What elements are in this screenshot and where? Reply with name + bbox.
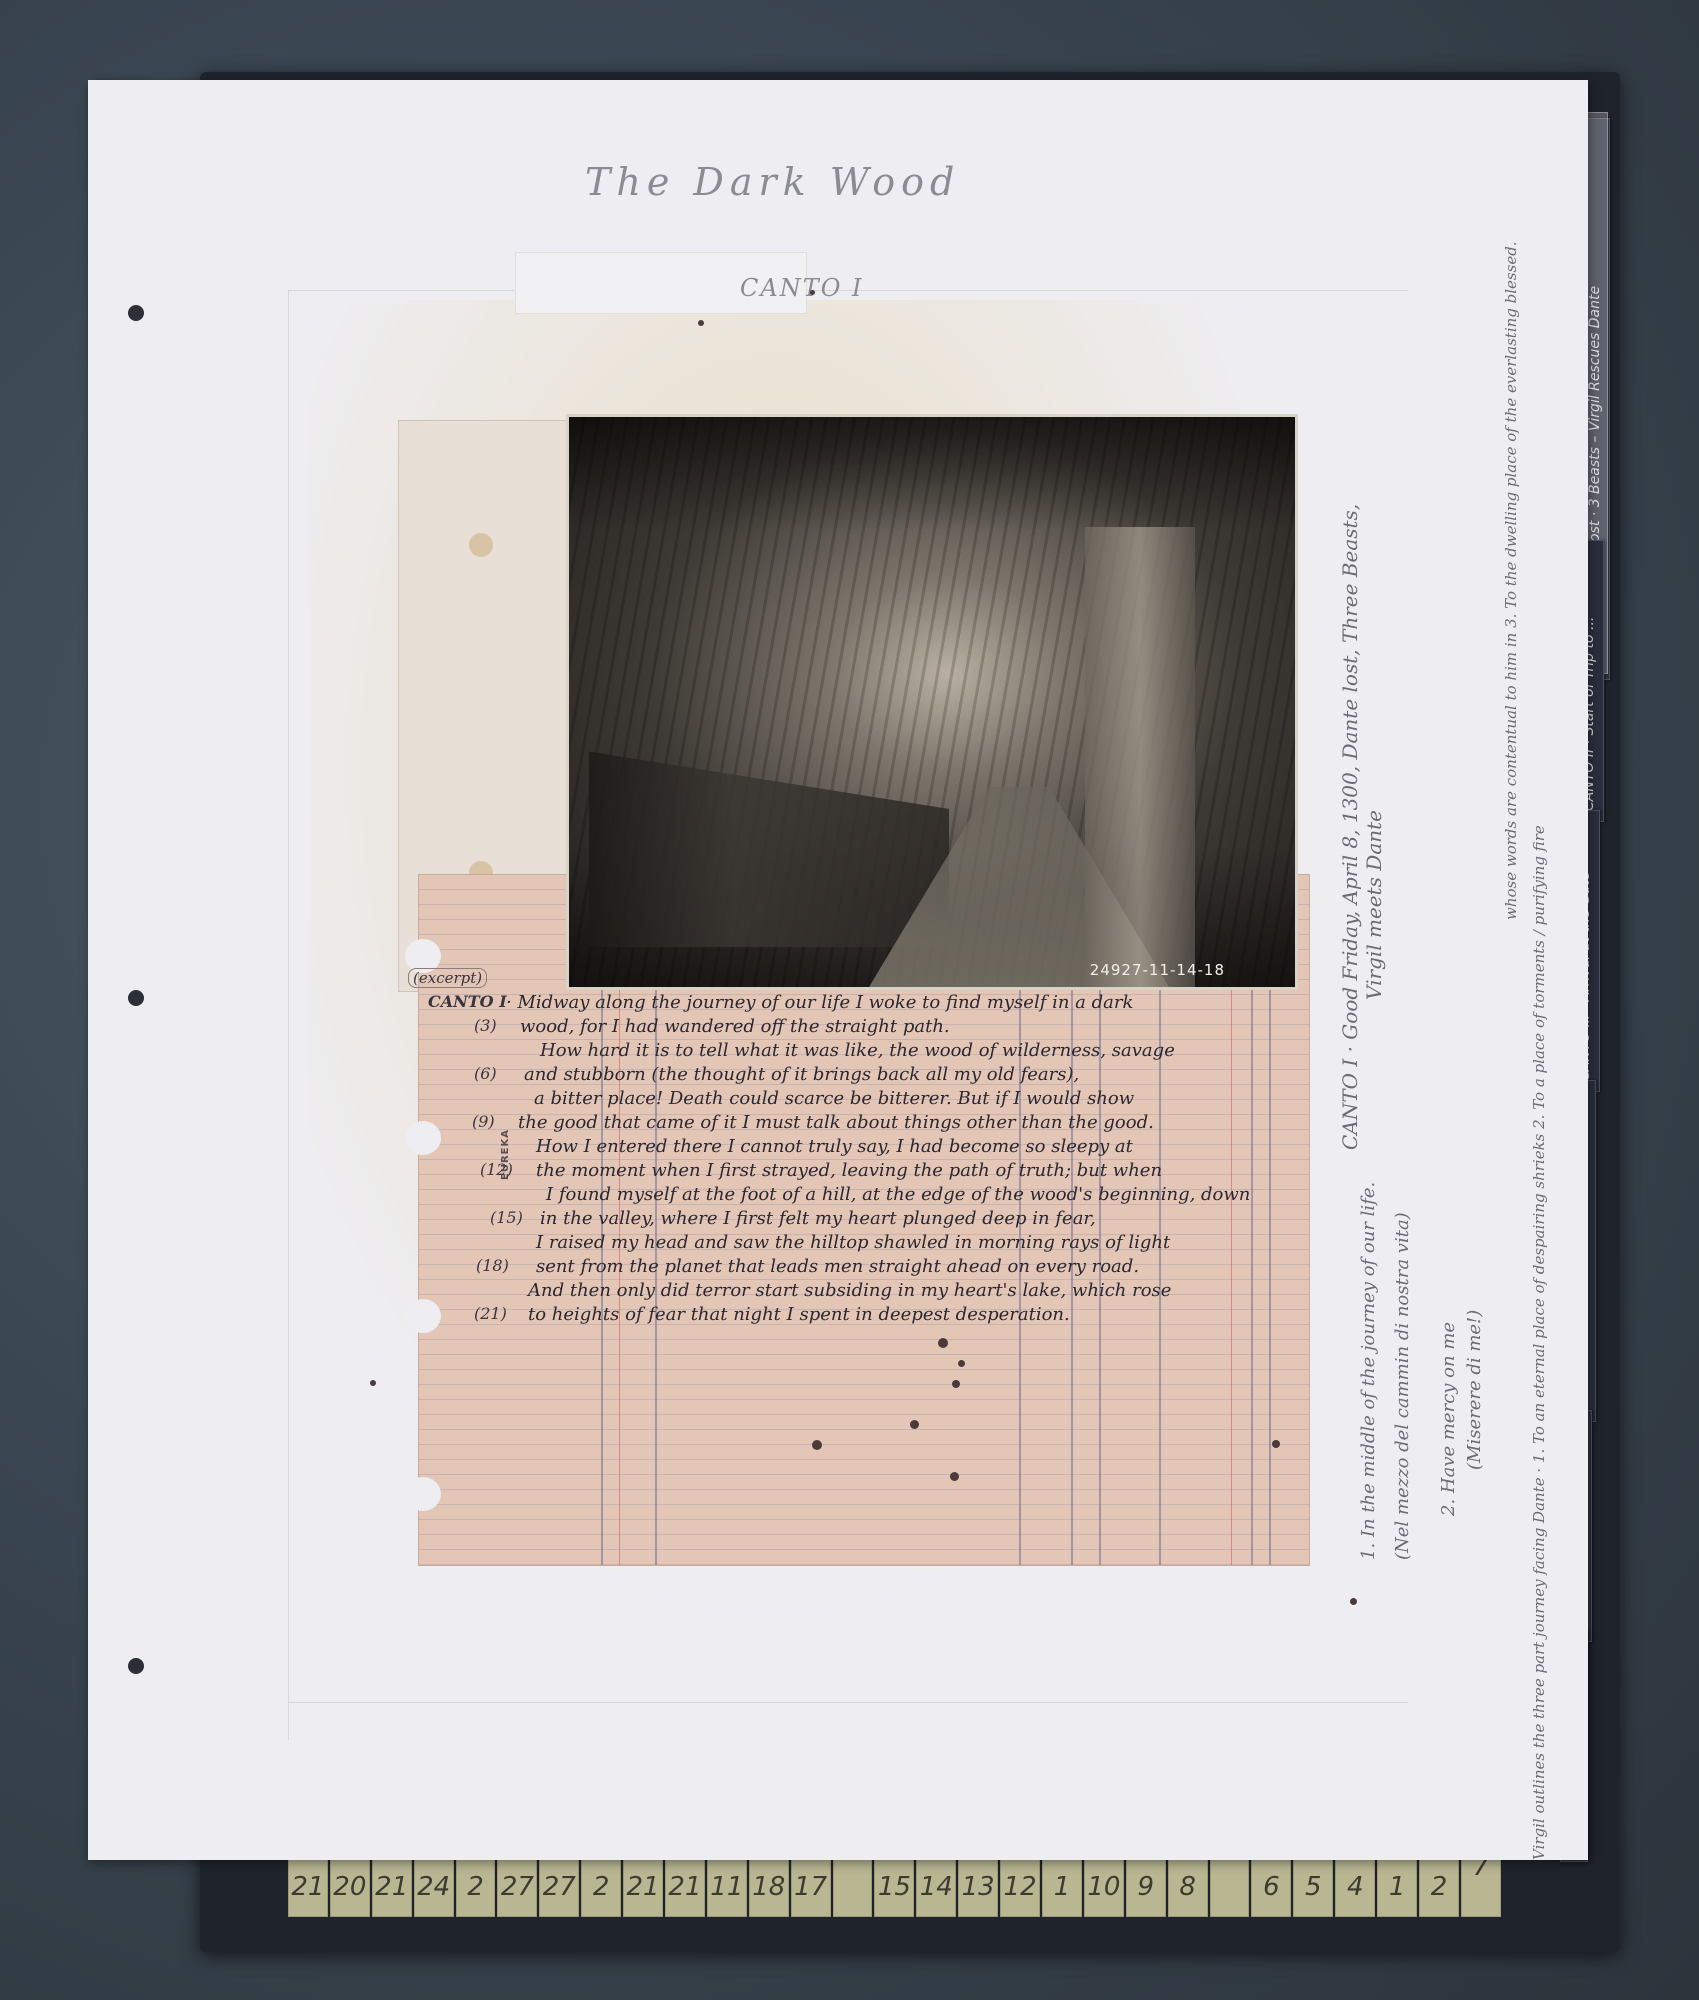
line-number: (12) [480, 1160, 513, 1179]
index-tab[interactable]: 18 [749, 1858, 789, 1917]
index-tab[interactable]: 5 [1293, 1858, 1333, 1917]
index-tab[interactable]: 17 [791, 1858, 831, 1917]
footnote-1-italian: (Nel mezzo del cammin di nostra vita) [1392, 1212, 1413, 1560]
index-tab[interactable]: 12 [1000, 1858, 1040, 1917]
excerpt-label: (excerpt) [408, 968, 487, 988]
line-number: (6) [474, 1064, 497, 1083]
excerpt-line: sent from the planet that leads men stra… [536, 1256, 1139, 1277]
index-tab[interactable]: 1 [1042, 1858, 1082, 1917]
page-title: The Dark Wood [585, 160, 960, 204]
excerpt-line: the good that came of it I must talk abo… [518, 1112, 1154, 1133]
canto-label: CANTO I [740, 274, 864, 302]
excerpt-line: I found myself at the foot of a hill, at… [546, 1184, 1250, 1205]
index-tab[interactable]: 21 [288, 1858, 328, 1917]
index-tab[interactable]: 11 [707, 1858, 747, 1917]
excerpt-line: in the valley, where I first felt my hea… [540, 1208, 1096, 1229]
long-note-1: whose words are contentual to him in 3. … [1502, 241, 1520, 920]
excerpt-line: And then only did terror start subsiding… [528, 1280, 1171, 1301]
ink-spot [910, 1420, 919, 1429]
ledger-hole [405, 1121, 441, 1155]
footnote-1-english: 1. In the middle of the journey of our l… [1358, 1182, 1379, 1560]
ink-spot [1272, 1440, 1280, 1448]
line-number: (15) [490, 1208, 523, 1227]
index-tab[interactable]: 21 [623, 1858, 663, 1917]
index-tab[interactable]: 15 [874, 1858, 914, 1917]
ledger-rule [1159, 985, 1161, 1565]
guide-line [288, 290, 289, 1740]
excerpt-line: wood, for I had wandered off the straigh… [520, 1016, 950, 1037]
index-tab[interactable]: 2 [581, 1858, 621, 1917]
ledger-rule [1231, 985, 1232, 1565]
ink-spot [952, 1380, 960, 1388]
line-number: (21) [474, 1304, 507, 1323]
index-tab[interactable]: 27 [539, 1858, 579, 1917]
index-tab[interactable]: 6 [1251, 1858, 1291, 1917]
footnote-2-latin: (Miserere di me!) [1464, 1310, 1485, 1470]
index-tab[interactable]: 4 [1335, 1858, 1375, 1917]
binder-hole [128, 305, 144, 321]
index-tab[interactable] [833, 1858, 873, 1917]
excerpt-line: and stubborn (the thought of it brings b… [524, 1064, 1079, 1085]
index-tab[interactable]: 24 [414, 1858, 454, 1917]
photo-machinery [589, 717, 949, 947]
excerpt-line: a bitter place! Death could scarce be bi… [534, 1088, 1134, 1109]
ledger-hole [405, 1477, 441, 1511]
index-tab[interactable]: 2 [1419, 1858, 1459, 1917]
line-number: (9) [472, 1112, 495, 1131]
mount-hole [469, 533, 493, 557]
ink-spot [958, 1360, 965, 1367]
guide-line [288, 1702, 1408, 1703]
photo-caption: 24927-11-14-18 [1090, 961, 1225, 979]
ink-spot [1350, 1598, 1357, 1605]
index-tab[interactable]: 13 [958, 1858, 998, 1917]
index-tab[interactable]: 10 [1084, 1858, 1124, 1917]
index-tab[interactable]: 21 [372, 1858, 412, 1917]
index-tab[interactable]: 14 [916, 1858, 956, 1917]
index-tab[interactable]: 27 [497, 1858, 537, 1917]
ledger-rule [1269, 985, 1271, 1565]
binder-hole [128, 1658, 144, 1674]
ink-spot [950, 1472, 959, 1481]
line-number: (18) [476, 1256, 509, 1275]
excerpt-line: How I entered there I cannot truly say, … [536, 1136, 1133, 1157]
factory-photograph: 24927-11-14-18 [566, 414, 1298, 990]
canto-summary-note: CANTO I · Good Friday, April 8, 1300, Da… [1338, 504, 1362, 1150]
ink-spot [938, 1338, 948, 1348]
line-number: (3) [474, 1016, 497, 1035]
ledger-hole [405, 1299, 441, 1333]
index-tab[interactable]: 9 [1126, 1858, 1166, 1917]
ink-spot [812, 1440, 822, 1450]
bottom-index-tabs: 21 20 21 24 2 27 27 2 21 21 11 18 17 15 … [288, 1858, 1503, 1926]
excerpt-line: I raised my head and saw the hilltop sha… [536, 1232, 1170, 1253]
canto-summary-note-2: Virgil meets Dante [1362, 810, 1386, 1000]
index-tab[interactable]: 1 [1377, 1858, 1417, 1917]
excerpt-line: to heights of fear that night I spent in… [528, 1304, 1070, 1325]
ink-spot [370, 1380, 376, 1386]
binder-hole [128, 990, 144, 1006]
excerpt-line: How hard it is to tell what it was like,… [540, 1040, 1175, 1061]
photo-column [1085, 527, 1195, 987]
index-tab[interactable]: 2 [456, 1858, 496, 1917]
ink-spot [810, 290, 815, 295]
line-number: CANTO I [428, 992, 507, 1011]
footnote-2-english: 2. Have mercy on me [1438, 1322, 1459, 1516]
index-tab[interactable]: 21 [665, 1858, 705, 1917]
index-tab[interactable] [1210, 1858, 1250, 1917]
index-tab[interactable]: 20 [330, 1858, 370, 1917]
ink-spot [698, 320, 704, 326]
index-tab[interactable]: 8 [1168, 1858, 1208, 1917]
ledger-rule [1251, 985, 1253, 1565]
excerpt-line: the moment when I first strayed, leaving… [536, 1160, 1162, 1181]
long-note-2: Virgil outlines the three part journey f… [1530, 825, 1548, 1860]
excerpt-line: · Midway along the journey of our life I… [506, 992, 1133, 1013]
